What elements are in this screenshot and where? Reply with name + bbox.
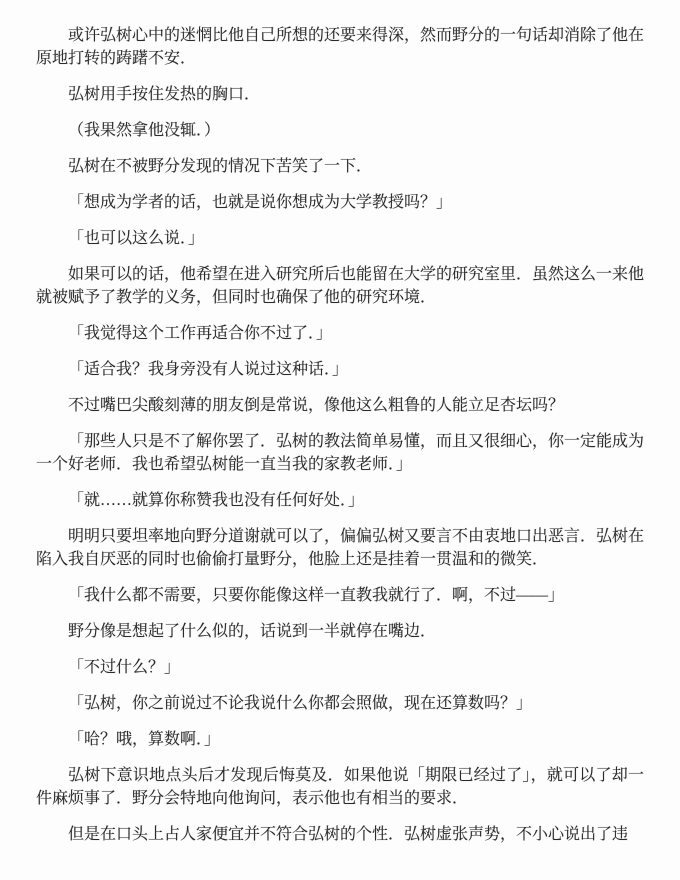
paragraph: 「也可以这么说．」 [36, 227, 644, 250]
paragraph: 弘树在不被野分发现的情况下苦笑了一下． [36, 155, 644, 178]
paragraph: 野分像是想起了什么似的，话说到一半就停在嘴边． [36, 620, 644, 643]
paragraph: 「不过什么？」 [36, 656, 644, 679]
paragraph: 但是在口头上占人家便宜并不符合弘树的个性．弘树虚张声势，不小心说出了违 [36, 823, 644, 846]
paragraph: 明明只要坦率地向野分道谢就可以了，偏偏弘树又要言不由衷地口出恶言．弘树在陷入我自… [36, 525, 644, 571]
paragraph: 「哈？哦，算数啊．」 [36, 728, 644, 751]
paragraph: 「想成为学者的话，也就是说你想成为大学教授吗？」 [36, 191, 644, 214]
text-body: 或许弘树心中的迷惘比他自己所想的还要来得深，然而野分的一句话却消除了他在原地打转… [36, 24, 644, 846]
paragraph: 弘树下意识地点头后才发现后悔莫及．如果他说「期限已经过了」，就可以了却一件麻烦事… [36, 764, 644, 810]
paragraph: 「我什么都不需要，只要你能像这样一直教我就行了．啊，不过——」 [36, 584, 644, 607]
paragraph: 如果可以的话，他希望在进入研究所后也能留在大学的研究室里．虽然这么一来他就被赋予… [36, 263, 644, 309]
paragraph: 弘树用手按住发热的胸口． [36, 83, 644, 106]
paragraph: 「弘树，你之前说过不论我说什么你都会照做，现在还算数吗？」 [36, 692, 644, 715]
paragraph: 或许弘树心中的迷惘比他自己所想的还要来得深，然而野分的一句话却消除了他在原地打转… [36, 24, 644, 70]
novel-page: 或许弘树心中的迷惘比他自己所想的还要来得深，然而野分的一句话却消除了他在原地打转… [0, 0, 680, 880]
paragraph: 「那些人只是不了解你罢了．弘树的教法简单易懂，而且又很细心，你一定能成为一个好老… [36, 430, 644, 476]
paragraph: 「我觉得这个工作再适合你不过了．」 [36, 322, 644, 345]
paragraph: （我果然拿他没辄．） [36, 119, 644, 142]
paragraph: 不过嘴巴尖酸刻薄的朋友倒是常说，像他这么粗鲁的人能立足杏坛吗？ [36, 394, 644, 417]
paragraph: 「就……就算你称赞我也没有任何好处．」 [36, 489, 644, 512]
paragraph: 「适合我？我身旁没有人说过这种话．」 [36, 358, 644, 381]
